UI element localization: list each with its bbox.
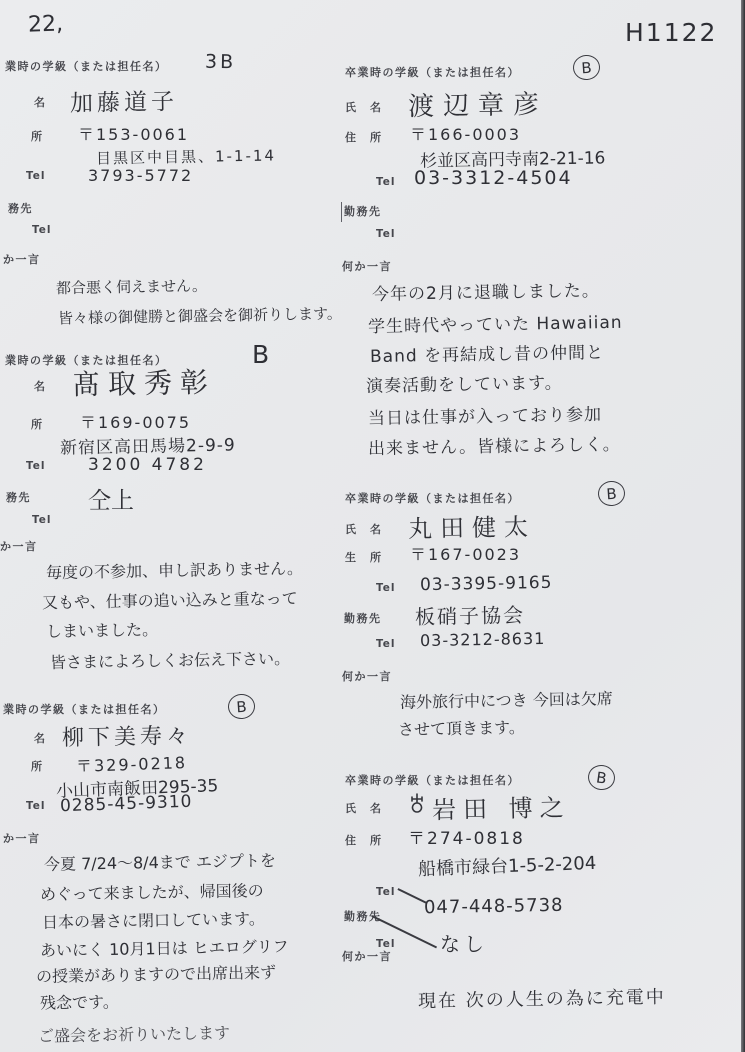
class-label: 業時の学級（または担任名） — [5, 58, 168, 74]
comment-line: 海外旅行中につき 今回は欠席 — [400, 686, 613, 713]
name-label: 名 — [34, 378, 47, 394]
comment-line: 今年の2月に退職しました。 — [372, 276, 600, 305]
name-value: 加藤道子 — [70, 83, 179, 118]
tel-label: Tel — [26, 460, 46, 472]
name-label: 名 — [34, 730, 47, 746]
circled-class-icon: B — [572, 54, 601, 81]
comment-label: か一言 — [3, 251, 41, 267]
comment-line: 皆々様の御健勝と御盛会を御祈りします。 — [58, 303, 342, 329]
name-label: 名 — [34, 94, 47, 110]
comment-line: 皆さまによろしくお伝え下さい。 — [50, 646, 290, 673]
comment-line: 出来ません。皆様によろしく。 — [368, 430, 621, 459]
class-value: B — [252, 340, 269, 369]
name-label: 氏 名 — [345, 521, 383, 537]
comment-label: 何か一言 — [342, 948, 392, 964]
scan-artifact-line — [341, 202, 342, 222]
address-label: 所 — [31, 758, 44, 774]
work-tel-label: Tel — [32, 514, 52, 526]
comment-line: ご盛会をお祈りいたします — [38, 1020, 230, 1046]
comment-line: の授業がありますので出席出来ず — [36, 960, 276, 987]
tel-label: Tel — [376, 176, 396, 188]
class-value: 3B — [205, 51, 237, 74]
comment-line: 当日は仕事が入っており参加 — [368, 400, 602, 429]
comment-line: めぐって来ましたが、帰国後の — [40, 878, 264, 905]
comment-line: 日本の暑さに閉口しています。 — [42, 906, 265, 933]
comment-label: 何か一言 — [342, 258, 392, 274]
class-value: B — [236, 697, 248, 716]
address-label: 住 所 — [345, 832, 383, 848]
name-value: 岩田 博之 — [432, 788, 571, 825]
name-value: 渡辺章彦 — [408, 84, 549, 123]
name-value: 柳下美寿々 — [62, 719, 193, 752]
class-value: B — [581, 58, 593, 77]
work-tel-label: Tel — [32, 224, 52, 236]
comment-line: 今夏 7/24〜8/4まで エジプトを — [44, 848, 276, 875]
workplace-value: 仝上 — [88, 482, 134, 515]
postal-value: 〒169-0075 — [80, 410, 191, 433]
comment-line: 毎度の不参加、申し訳ありません。 — [46, 556, 303, 583]
comment-line: しまいました。 — [46, 617, 158, 642]
comment-line: 演奏活動をしています。 — [366, 368, 563, 396]
postal-value: 〒274-0818 — [408, 824, 525, 849]
tel-label: Tel — [376, 886, 396, 898]
postal-value: 〒166-0003 — [410, 122, 521, 145]
connector-line — [398, 888, 427, 903]
work-tel-label: Tel — [376, 638, 396, 650]
comment-line: Band を再結成し昔の仲間と — [370, 338, 604, 367]
workplace-value: 板硝子協会 — [415, 599, 525, 630]
class-label: 卒業時の学級（または担任名） — [345, 772, 520, 788]
name-label: 氏 名 — [345, 800, 383, 816]
address-label: 所 — [31, 128, 44, 144]
scanned-form-page: 22, H1122 業時の学級（または担任名） 3B 名 加藤道子 所 〒153… — [0, 0, 745, 1052]
comment-line: 又もや、仕事の追い込みと重なって — [42, 586, 298, 613]
circled-class-icon: B — [597, 480, 626, 507]
tel-value: 047-448-5738 — [424, 895, 564, 918]
class-label: 卒業時の学級（または担任名） — [345, 64, 520, 80]
tel-label: Tel — [376, 582, 396, 594]
address-label: 生 所 — [345, 549, 383, 565]
class-label: 業時の学級（または担任名） — [3, 701, 166, 717]
circled-class-icon: B — [227, 693, 256, 720]
work-tel-value: なし — [440, 928, 488, 957]
address-label: 住 所 — [345, 129, 383, 145]
name-value: 髙取秀彰 — [72, 361, 217, 404]
tel-value: 3200 4782 — [88, 455, 207, 475]
tel-label: Tel — [26, 170, 46, 182]
tel-label: Tel — [26, 800, 46, 812]
name-value: 丸田健太 — [408, 507, 537, 544]
postal-value: 〒153-0061 — [78, 122, 189, 145]
postal-value: 〒167-0023 — [410, 542, 521, 565]
tel-value: 03-3395-9165 — [420, 573, 553, 595]
workplace-label: 務先 — [6, 489, 31, 505]
tel-value: 3793-5772 — [88, 166, 193, 185]
class-value: B — [606, 484, 618, 503]
class-label: 卒業時の学級（または担任名） — [345, 490, 520, 506]
address-value: 船橋市緑台1-5-2-204 — [418, 849, 597, 881]
comment-line: 学生時代やっていた Hawaiian — [368, 308, 623, 337]
comment-line: 現在 次の人生の為に充電中 — [418, 983, 666, 1013]
workplace-label: 勤務先 — [344, 203, 382, 219]
workplace-label: 務先 — [8, 200, 33, 216]
comment-line: させて頂きます。 — [398, 715, 525, 740]
comment-label: か一言 — [0, 538, 38, 554]
work-tel-value: 03-3212-8631 — [420, 629, 546, 650]
tel-value: 03-3312-4504 — [414, 167, 573, 189]
address-value: 目黒区中目黒、1-1-14 — [96, 144, 276, 168]
class-value: B — [595, 768, 608, 787]
scan-edge-shadow — [741, 0, 745, 1052]
comment-label: か一言 — [3, 830, 41, 846]
address-label: 所 — [31, 416, 44, 432]
work-tel-label: Tel — [376, 228, 396, 240]
comment-line: 残念です。 — [40, 989, 119, 1013]
tel-value: 0285-45-9310 — [60, 792, 193, 817]
page-number: 22, — [28, 11, 64, 37]
document-code: H1122 — [625, 18, 717, 47]
comment-line: 都合悪く伺えません。 — [56, 275, 207, 299]
comment-label: 何か一言 — [342, 668, 392, 684]
comment-line: あいにく 10月1日は ヒエログリフ — [40, 934, 289, 961]
name-label: 氏 名 — [345, 99, 383, 115]
handwritten-mark-icon — [408, 793, 426, 819]
workplace-label: 勤務先 — [344, 610, 382, 626]
circled-class-icon: B — [586, 763, 616, 792]
